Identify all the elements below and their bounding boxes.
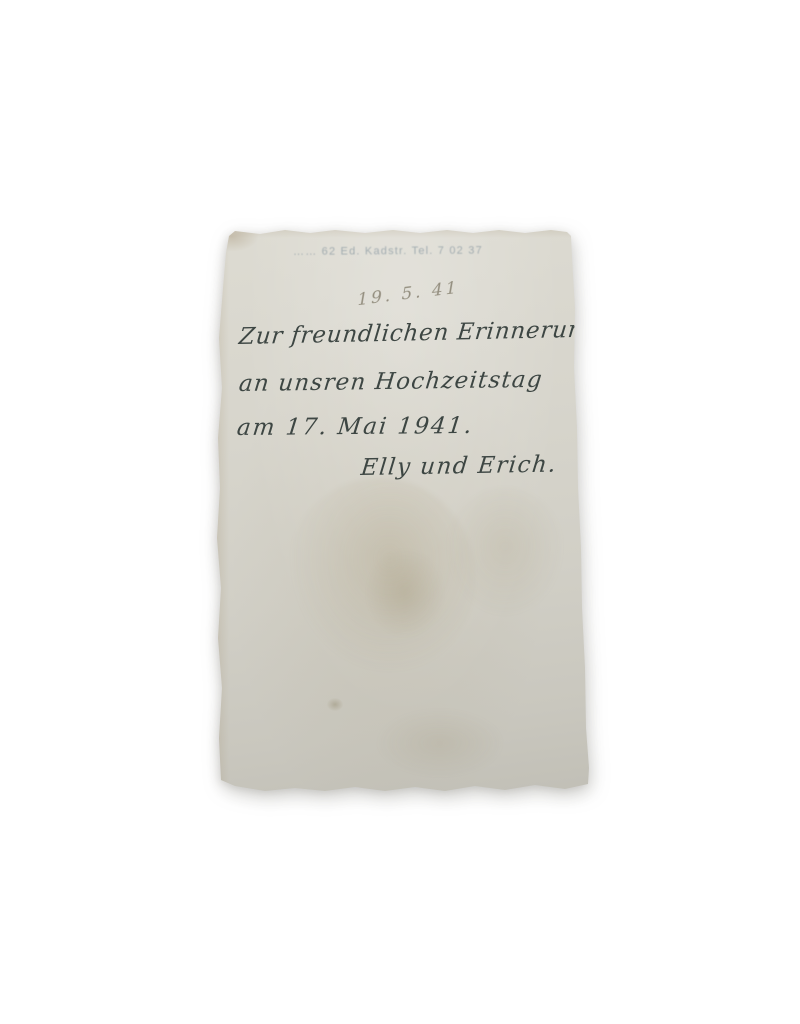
photo-background: …… 62 Ed. Kadstr. Tel. 7 02 37 19. 5. 41…: [0, 0, 800, 1024]
paper-edge-tint-left: [215, 228, 229, 794]
foxing-stain-large: [285, 478, 475, 678]
foxing-stain-mid: [365, 548, 445, 638]
foxing-stain-right: [445, 488, 565, 618]
pencil-date: 19. 5. 41: [357, 278, 459, 311]
paper-edge-tint-top: [215, 228, 591, 238]
handwritten-line-2: an unsren Hochzeitstag: [238, 367, 545, 397]
handwritten-signature: Elly und Erich.: [360, 452, 559, 481]
foxing-stain-dot: [327, 698, 343, 711]
postcard-shadow: …… 62 Ed. Kadstr. Tel. 7 02 37 19. 5. 41…: [215, 228, 591, 794]
handwritten-line-1: Zur freundlichen Erinnerung: [238, 316, 601, 350]
postcard: …… 62 Ed. Kadstr. Tel. 7 02 37 19. 5. 41…: [215, 228, 591, 794]
torn-corner-mark: [225, 230, 259, 252]
handwritten-line-3: am 17. Mai 1941.: [236, 413, 475, 441]
photographer-stamp: …… 62 Ed. Kadstr. Tel. 7 02 37: [293, 244, 553, 258]
foxing-stain-low: [375, 708, 505, 778]
